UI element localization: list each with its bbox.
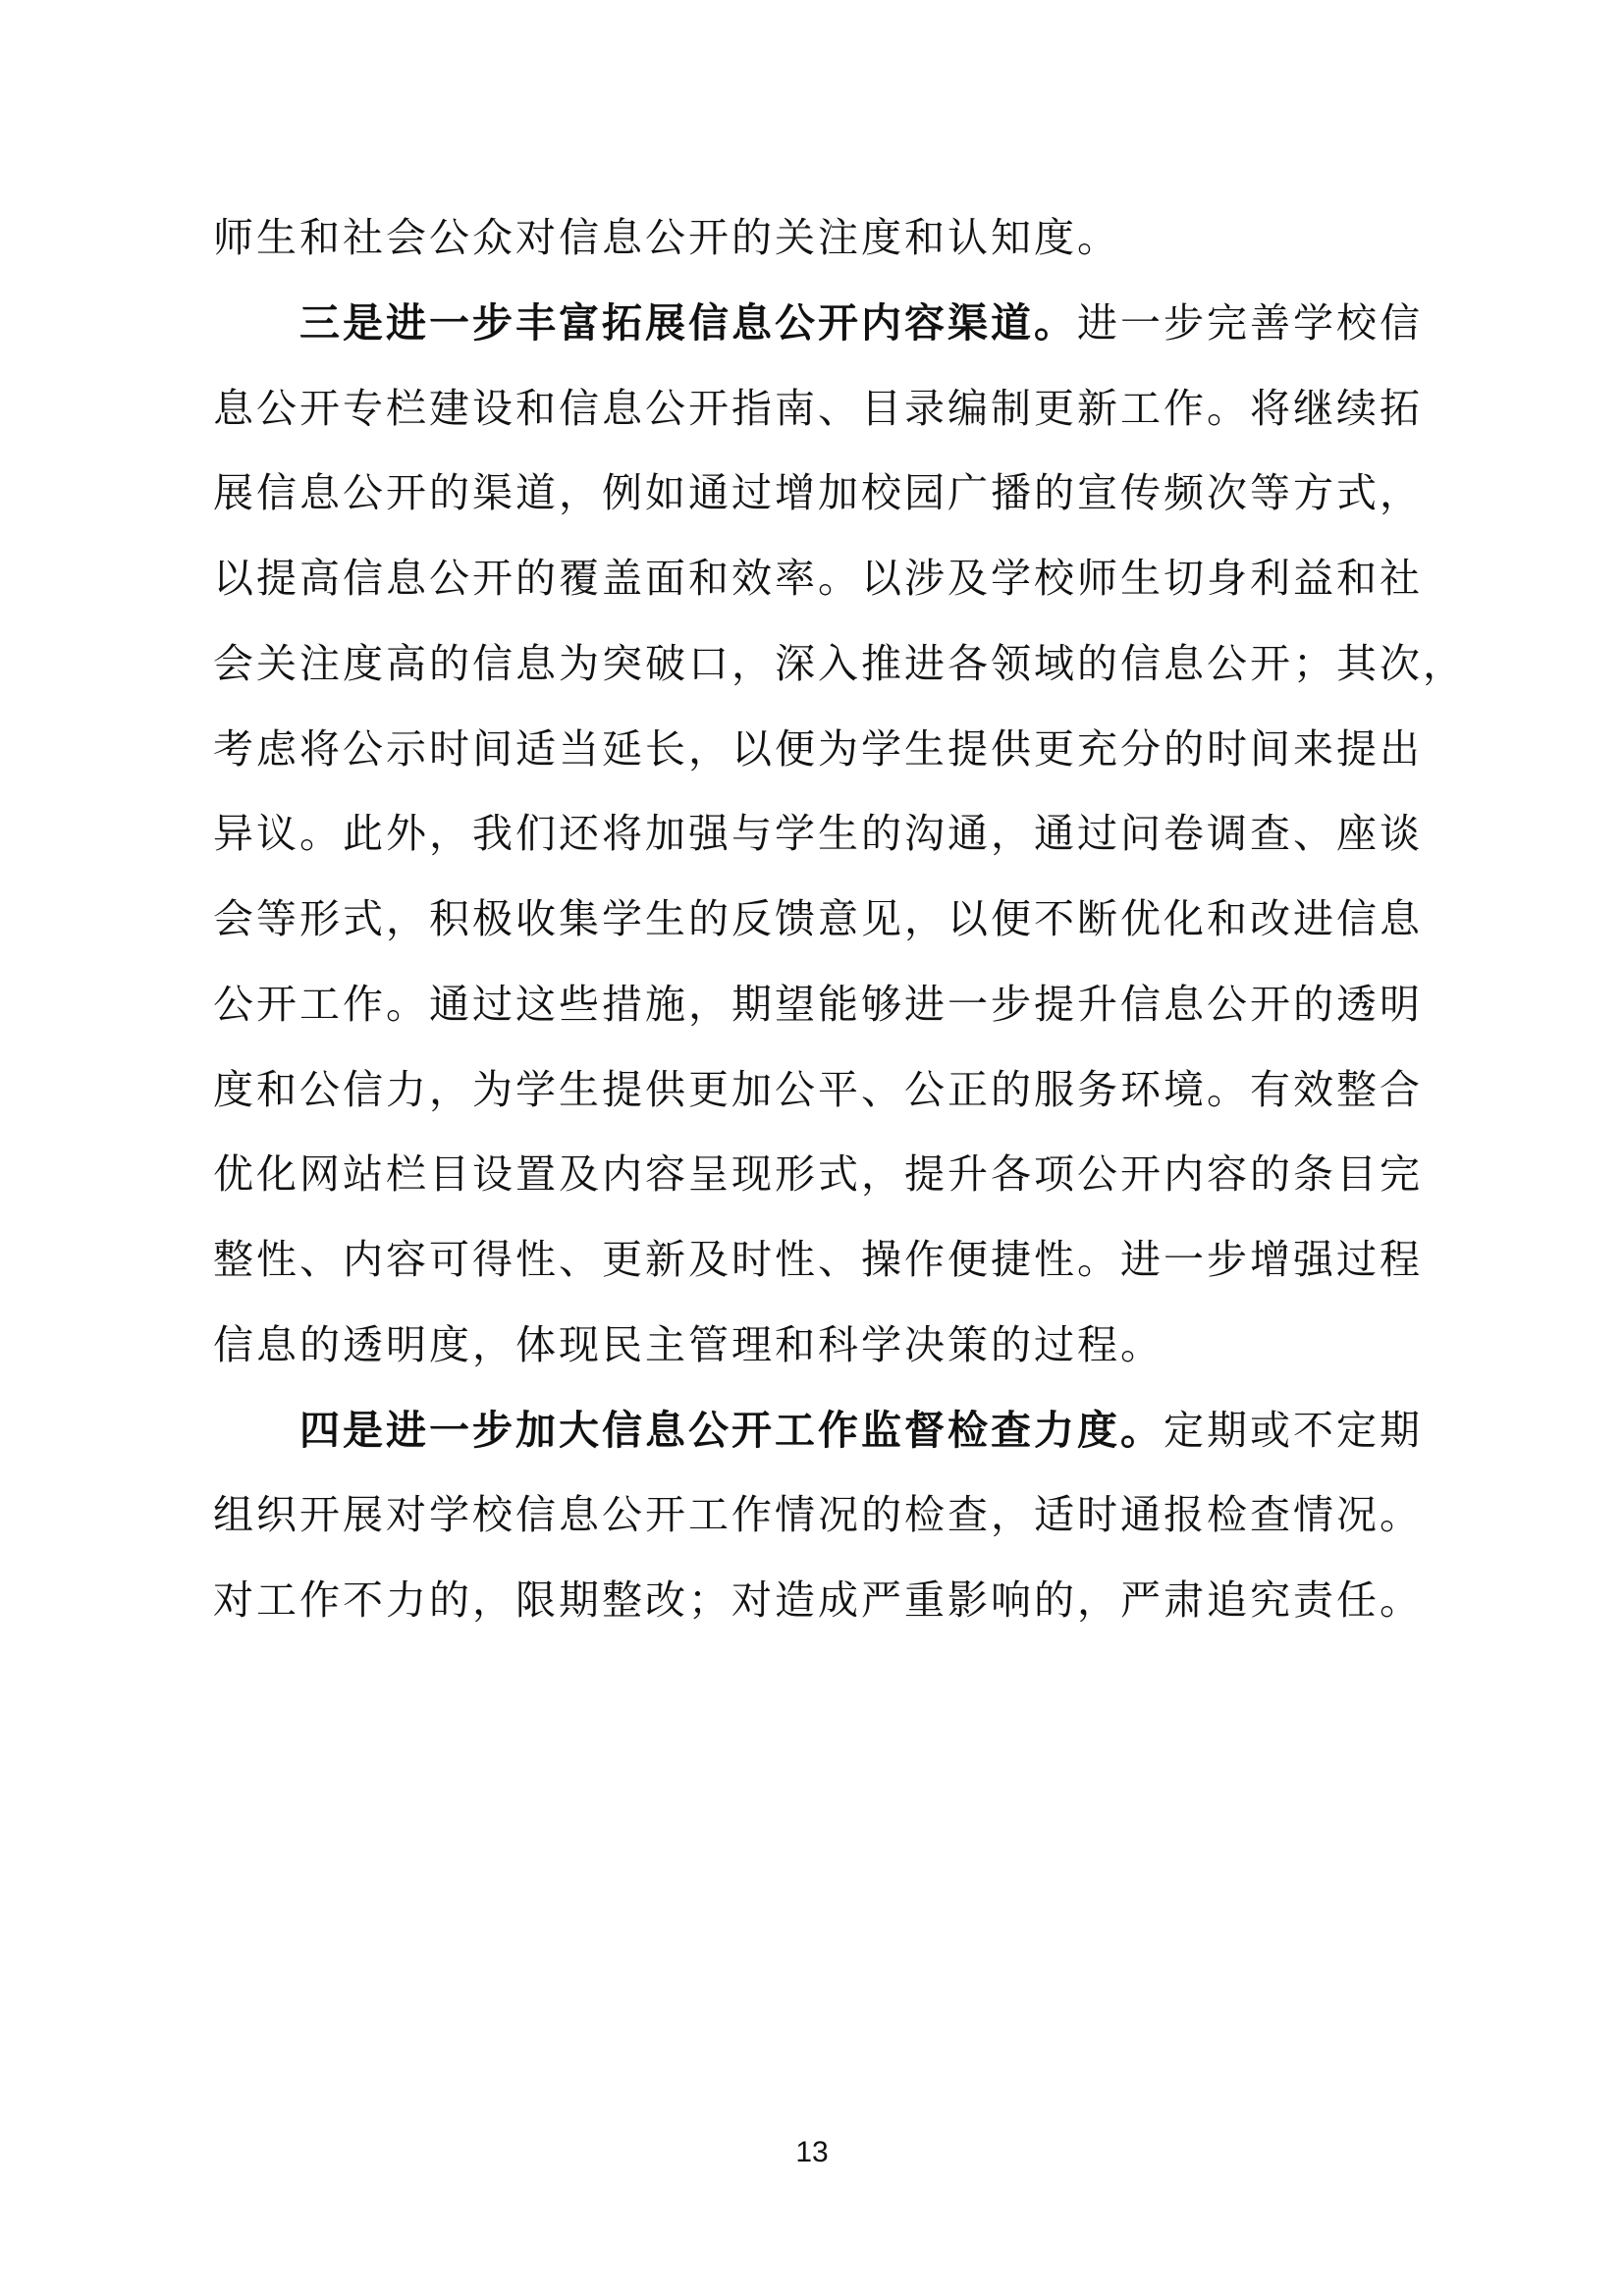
paragraph-heading-three: 三是进一步丰富拓展信息公开内容渠道。 xyxy=(299,299,1077,347)
text-run: 定期或不定期 xyxy=(1164,1407,1423,1454)
paragraph-three-start: 三是进一步丰富拓展信息公开内容渠道。进一步完善学校信 xyxy=(213,281,1431,366)
text-line: 会等形式，积极收集学生的反馈意见，以便不断优化和改进信息 xyxy=(213,877,1431,962)
text-line: 展信息公开的渠道，例如通过增加校园广播的宣传频次等方式， xyxy=(213,451,1431,536)
text-line: 考虑将公示时间适当延长，以便为学生提供更充分的时间来提出 xyxy=(213,707,1431,792)
text-run: 进一步完善学校信 xyxy=(1077,299,1423,347)
body-text: 师生和社会公众对信息公开的关注度和认知度。 三是进一步丰富拓展信息公开内容渠道。… xyxy=(213,195,1431,1643)
text-line: 会关注度高的信息为突破口，深入推进各领域的信息公开；其次， xyxy=(213,621,1431,707)
text-line: 信息的透明度，体现民主管理和科学决策的过程。 xyxy=(213,1303,1431,1388)
text-line: 对工作不力的，限期整改；对造成严重影响的，严肃追究责任。 xyxy=(213,1558,1431,1643)
text-line: 优化网站栏目设置及内容呈现形式，提升各项公开内容的条目完 xyxy=(213,1132,1431,1217)
text-line: 公开工作。通过这些措施，期望能够进一步提升信息公开的透明 xyxy=(213,962,1431,1047)
page-number: 13 xyxy=(0,2136,1624,2169)
text-line: 以提高信息公开的覆盖面和效率。以涉及学校师生切身利益和社 xyxy=(213,536,1431,621)
text-line: 异议。此外，我们还将加强与学生的沟通，通过问卷调查、座谈 xyxy=(213,791,1431,877)
text-line: 组织开展对学校信息公开工作情况的检查，适时通报检查情况。 xyxy=(213,1472,1431,1558)
text-line: 息公开专栏建设和信息公开指南、目录编制更新工作。将继续拓 xyxy=(213,366,1431,452)
text-line: 整性、内容可得性、更新及时性、操作便捷性。进一步增强过程 xyxy=(213,1217,1431,1303)
text-line: 度和公信力，为学生提供更加公平、公正的服务环境。有效整合 xyxy=(213,1047,1431,1133)
paragraph-four-start: 四是进一步加大信息公开工作监督检查力度。定期或不定期 xyxy=(213,1388,1431,1473)
document-page: 师生和社会公众对信息公开的关注度和认知度。 三是进一步丰富拓展信息公开内容渠道。… xyxy=(0,0,1624,2296)
paragraph-heading-four: 四是进一步加大信息公开工作监督检查力度。 xyxy=(299,1407,1164,1454)
text-line: 师生和社会公众对信息公开的关注度和认知度。 xyxy=(213,195,1431,281)
